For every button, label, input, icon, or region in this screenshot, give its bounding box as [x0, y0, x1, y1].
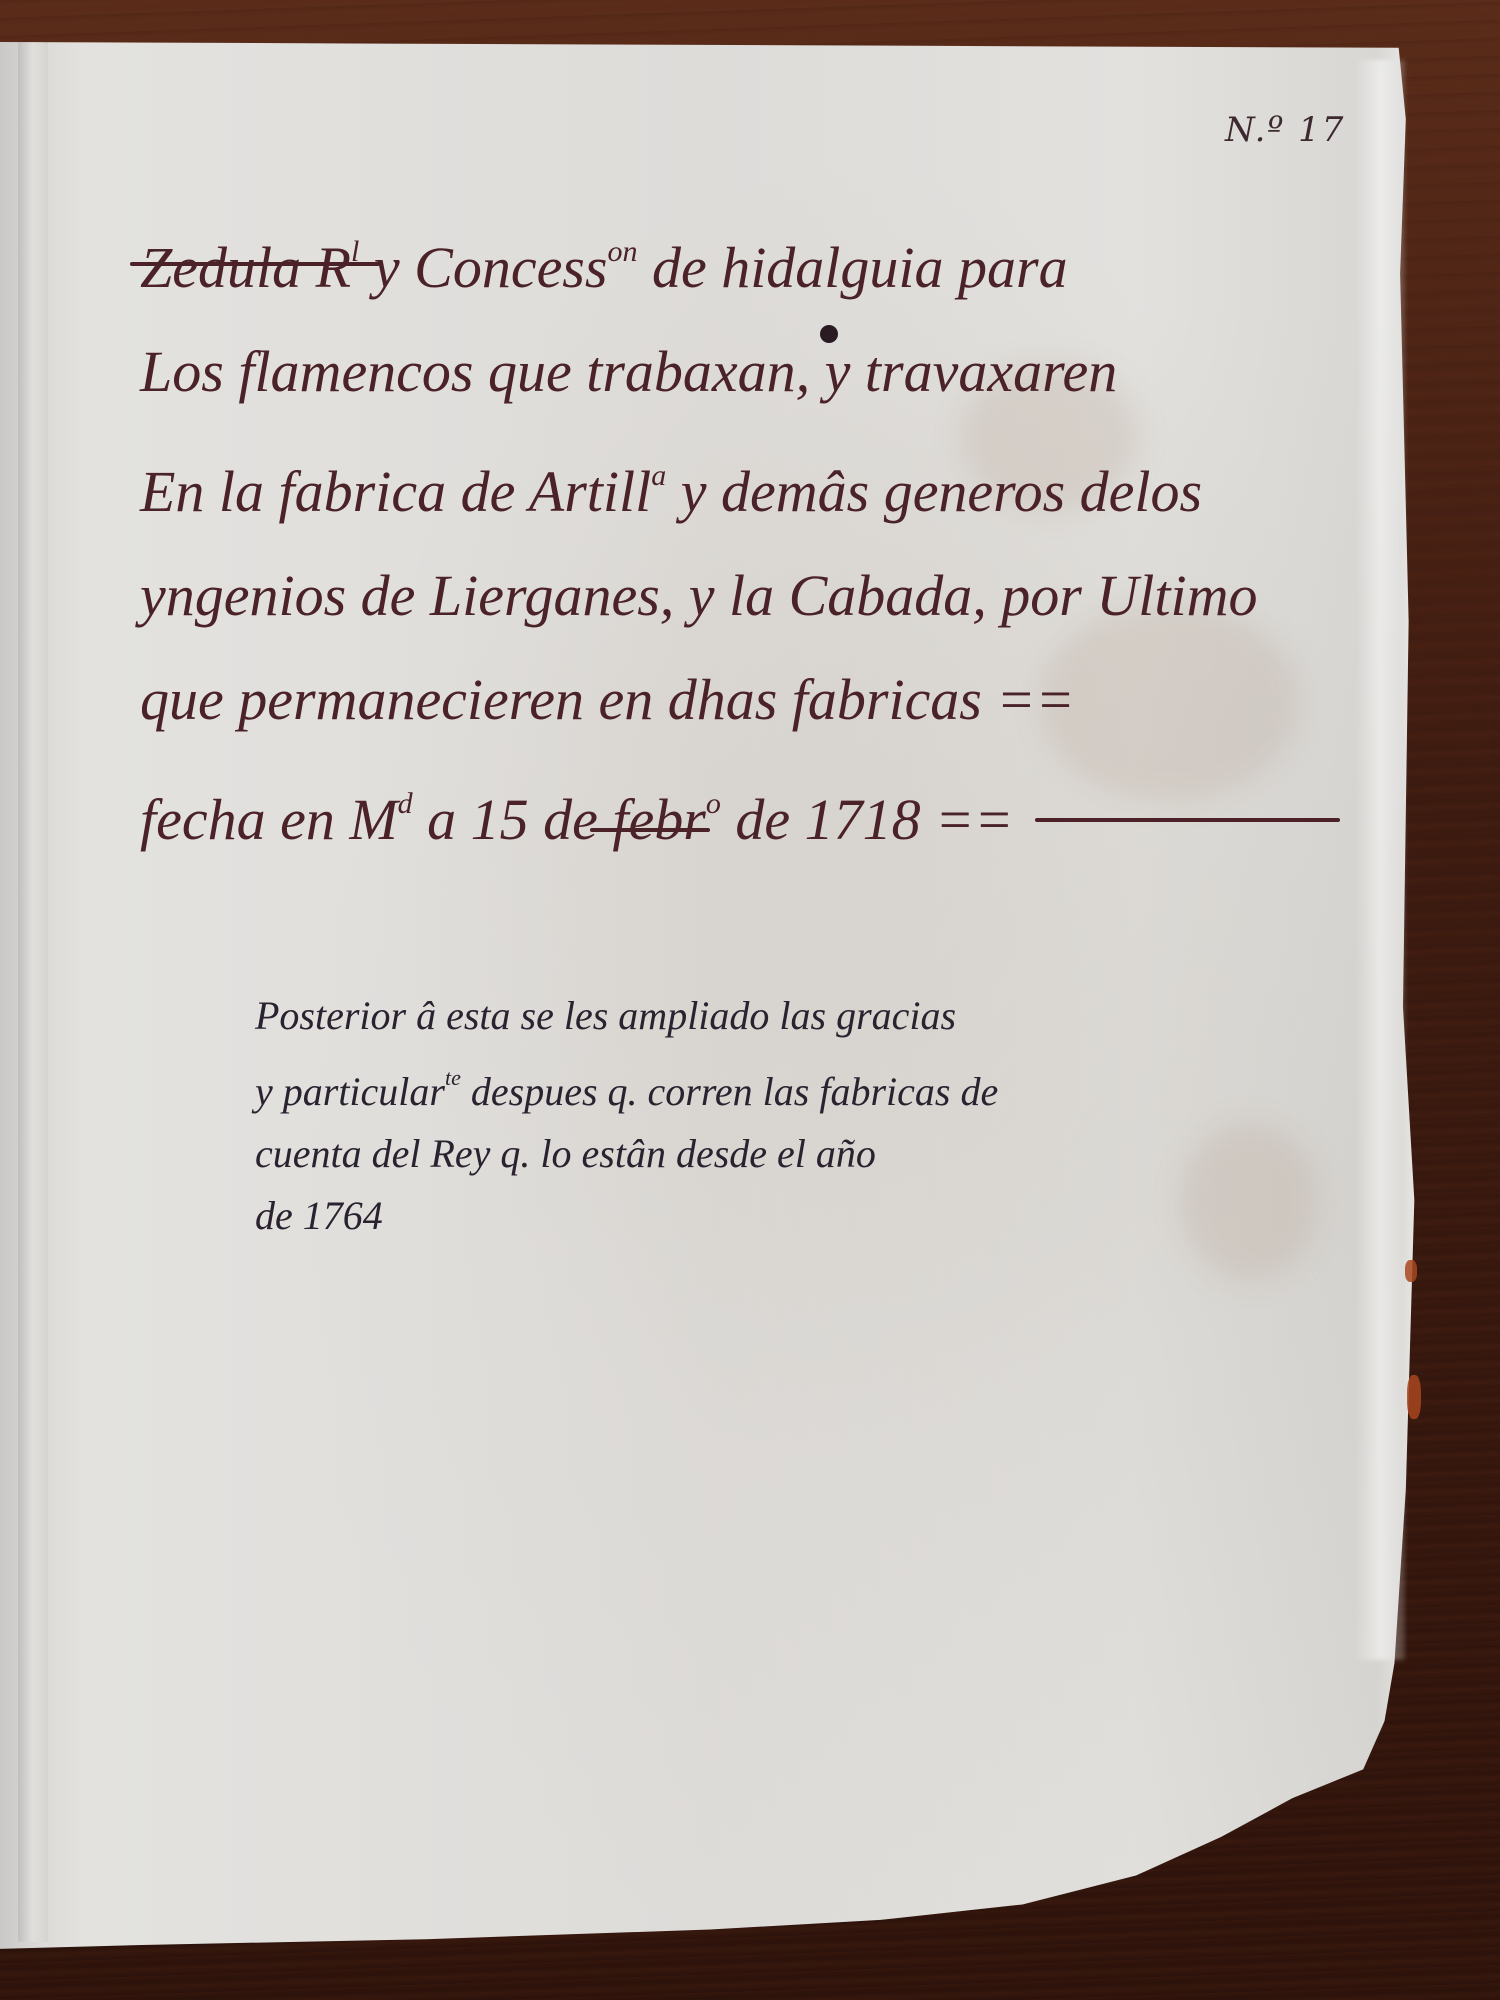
title-line-1: Zedula Rl y Concesson de hidalguia para [140, 200, 1340, 320]
note-line-1: Posterior â esta se les ampliado las gra… [255, 985, 1305, 1047]
later-note-block: Posterior â esta se les ampliado las gra… [255, 985, 1305, 1247]
page-right-edge [1355, 60, 1405, 1660]
rust-spot [1405, 1260, 1417, 1282]
title-line-5: que permanecieren en dhas fabricas == [140, 648, 1340, 752]
note-line-4: de 1764 [255, 1185, 1305, 1247]
title-line-4: yngenios de Lierganes, y la Cabada, por … [140, 544, 1340, 648]
title-line-6-date: fecha en Md a 15 de febro de 1718 == [140, 752, 1340, 872]
page-fold-shadow [18, 42, 48, 1942]
year-underline [1035, 818, 1340, 822]
title-line-3: En la fabrica de Artilla y demâs generos… [140, 424, 1340, 544]
title-block: Zedula Rl y Concesson de hidalguia para … [140, 200, 1340, 872]
folio-number: N.º 17 [1225, 110, 1345, 150]
note-line-2: y particularte despues q. corren las fab… [255, 1047, 1305, 1123]
note-line-3: cuenta del Rey q. lo estân desde el año [255, 1123, 1305, 1185]
rust-spot [1407, 1375, 1421, 1419]
date-underline [590, 828, 710, 832]
title-line-2: Los flamencos que trabaxan, y travaxaren [140, 320, 1340, 424]
title-flourish [130, 262, 380, 266]
